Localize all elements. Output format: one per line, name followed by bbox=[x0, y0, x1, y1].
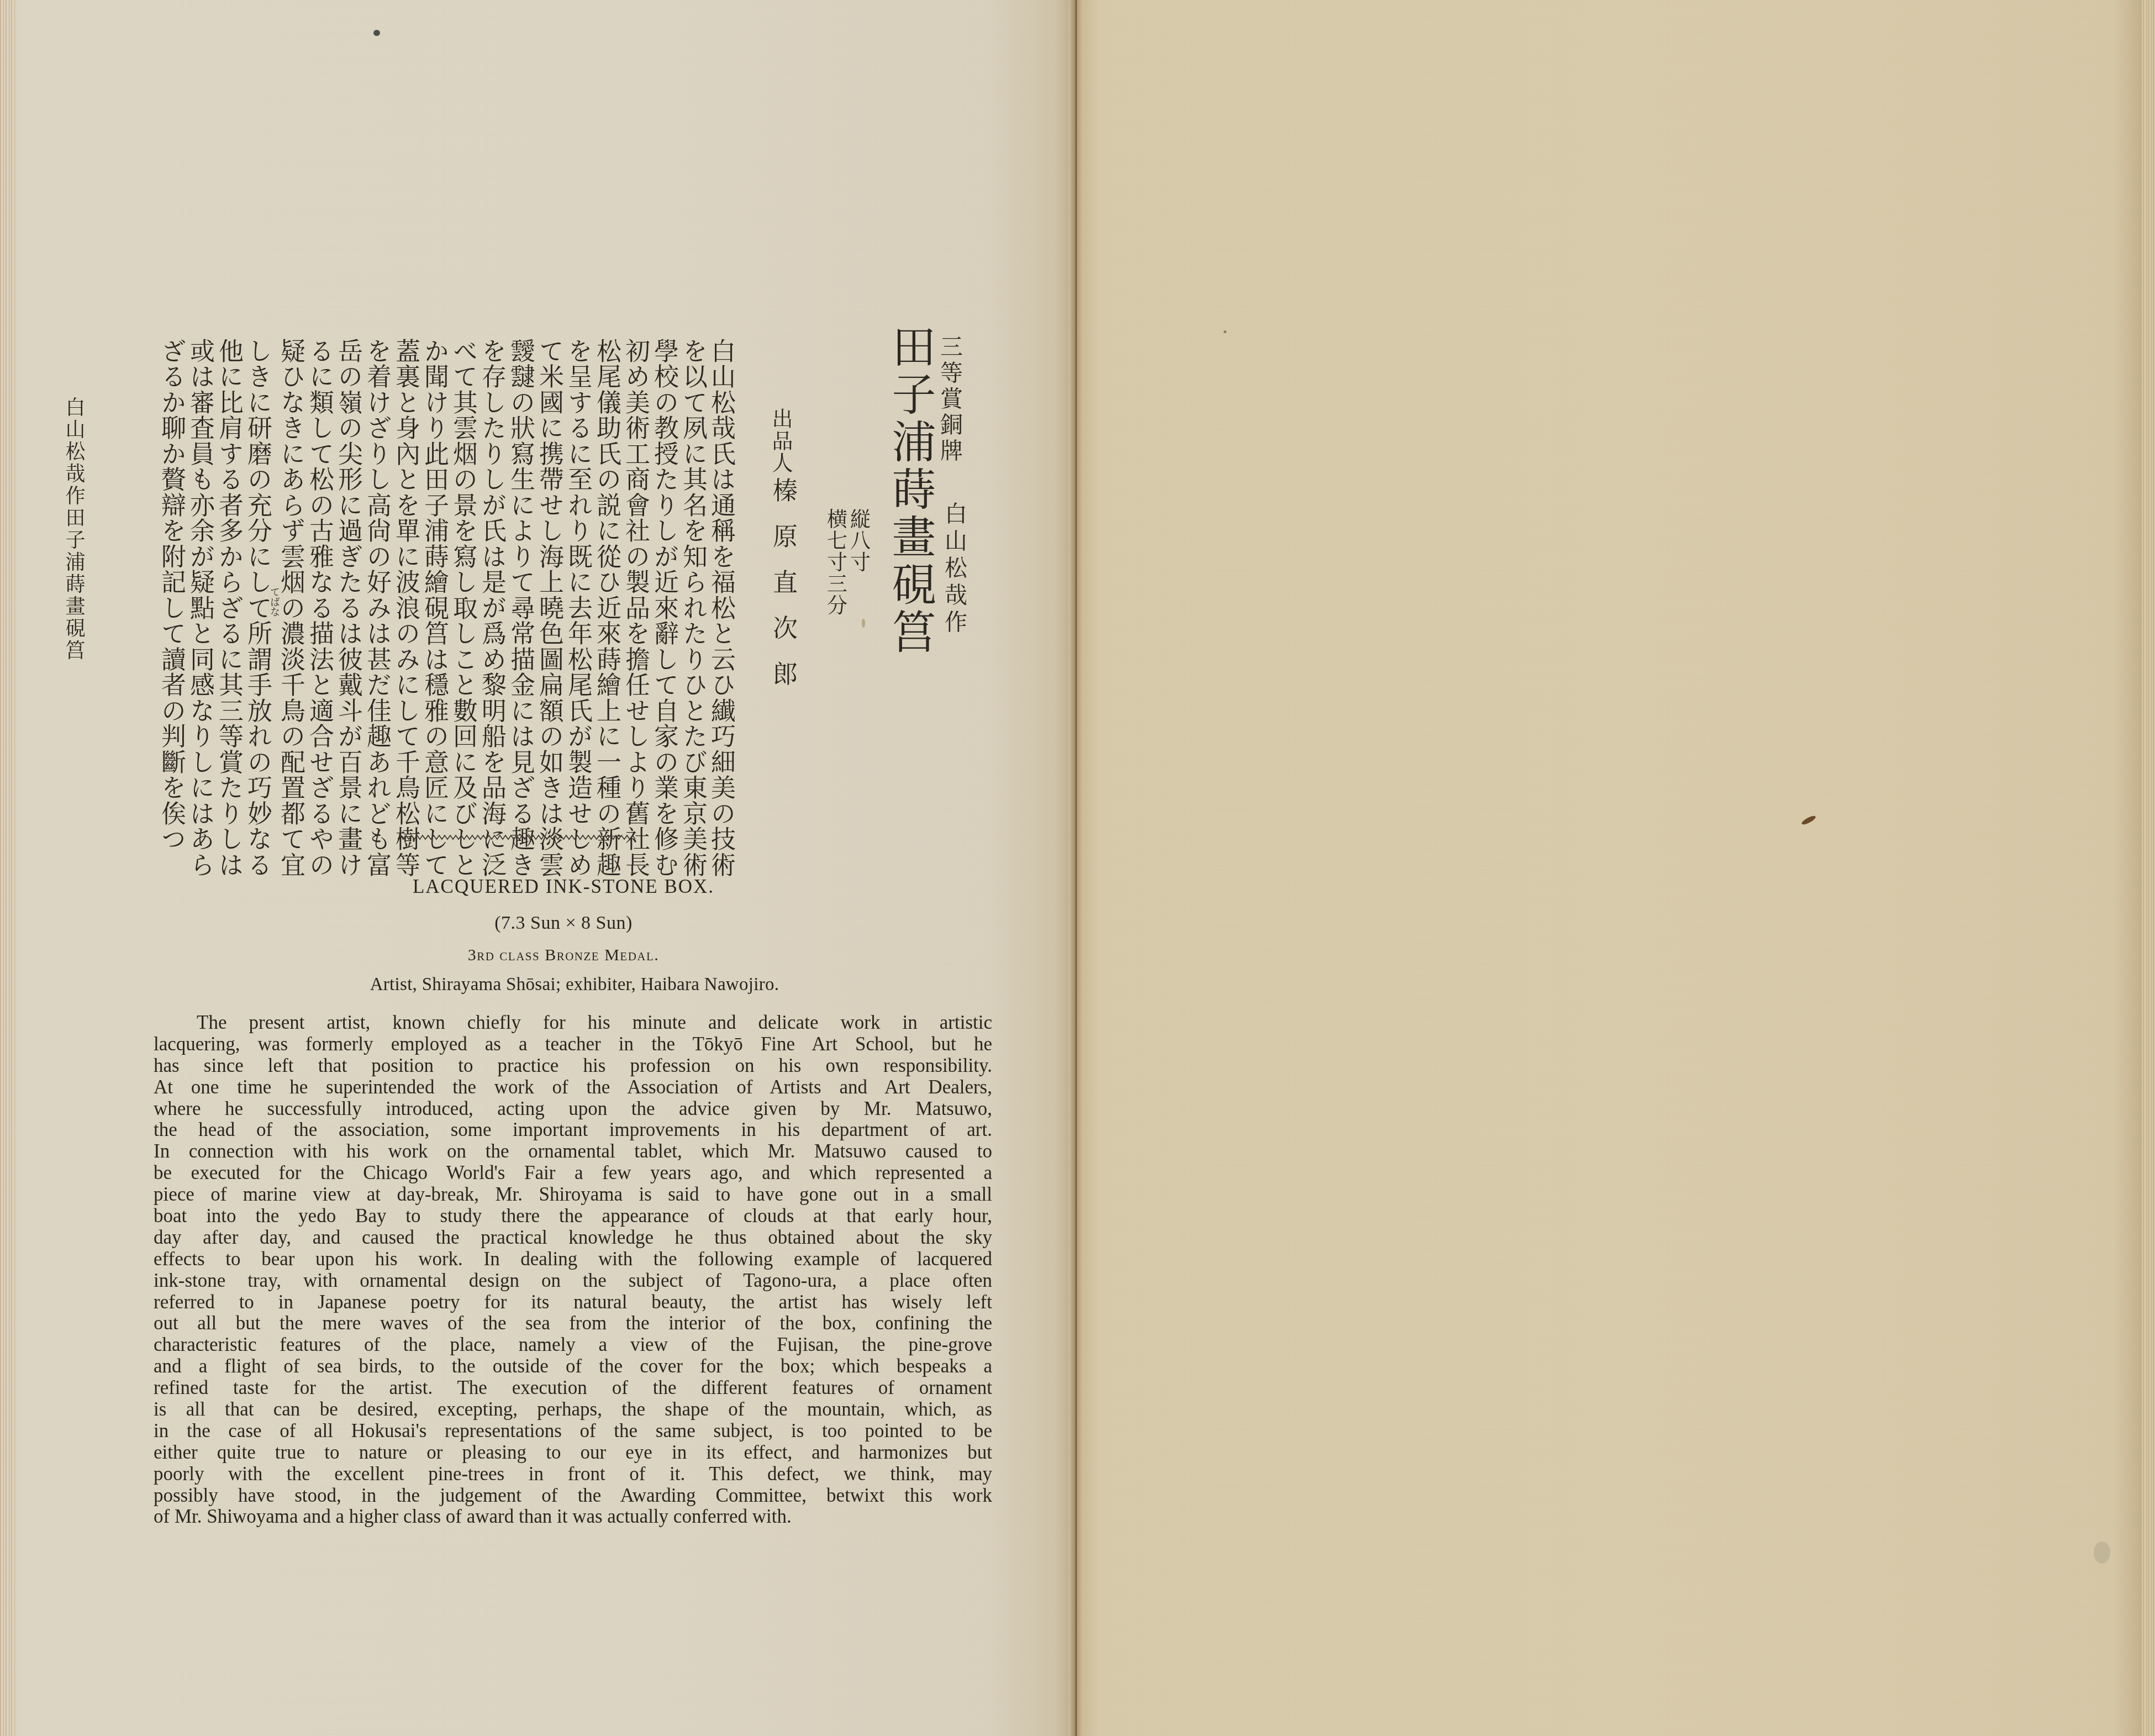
body-line: possibly have stood, in the judgement of… bbox=[154, 1485, 992, 1507]
body-line: lacquering, was formerly employed as a t… bbox=[154, 1034, 992, 1055]
jp-body-column: を存したりしが氏は是が爲め黎明船を品海に泛 bbox=[480, 338, 504, 878]
body-line: boat into the yedo Bay to study there th… bbox=[154, 1206, 992, 1227]
jp-body-column: 岳の嶺の尖形に過ぎたるは彼戴斗が百景に畫け bbox=[336, 338, 361, 878]
body-line: be executed for the Chicago World's Fair… bbox=[154, 1162, 992, 1184]
jp-body-column: て米國に携帶せし海上曉色圖扁額の如きは淡雲 bbox=[537, 338, 562, 878]
left-page: 白山松哉作田子浦蒔畫硯筥 三等賞銅牌 白山松哉作 田子浦蒔畫硯筥 縦八寸 横七寸… bbox=[0, 0, 1076, 1736]
dimension-horizontal: 横七寸三分 bbox=[823, 508, 847, 616]
paper-speck bbox=[1224, 330, 1226, 333]
right-page-blank bbox=[1083, 0, 2155, 1736]
body-line: day after day, and caused the practical … bbox=[154, 1227, 992, 1249]
paper-speck bbox=[373, 30, 380, 36]
body-line: is all that can be desired, excepting, p… bbox=[154, 1399, 992, 1421]
maker-name: 白山松哉作 bbox=[938, 502, 971, 637]
paper-speck bbox=[862, 619, 865, 628]
body-line: the head of the association, some import… bbox=[154, 1119, 992, 1141]
body-line: in the case of all Hokusai's representat… bbox=[154, 1421, 992, 1442]
running-head: 白山松哉作田子浦蒔畫硯筥 bbox=[60, 397, 88, 662]
dimension-vertical: 縦八寸 bbox=[846, 508, 870, 573]
jp-body-column: を以て夙に其名を知られたりひとたび東京美術 bbox=[681, 338, 705, 878]
body-line: referred to in Japanese poetry for its n… bbox=[154, 1292, 992, 1313]
jp-body-column: 初め美術工商會社の製品を擔任せしより舊社長 bbox=[623, 338, 648, 878]
body-line: and a flight of sea birds, to the outsid… bbox=[154, 1356, 992, 1377]
body-line: The present artist, known chiefly for hi… bbox=[154, 1012, 992, 1034]
body-line: In connection with his work on the ornam… bbox=[154, 1141, 992, 1162]
wavy-separator-rule bbox=[398, 833, 729, 841]
body-line: piece of marine view at day-break, Mr. S… bbox=[154, 1184, 992, 1206]
jp-body-column: を着けざりし高尙の好みは甚だ佳趣あれども富 bbox=[365, 338, 389, 878]
jp-body-column: 靉靆の狀寫生によりて尋常描金には見ざる趣き bbox=[508, 338, 533, 878]
body-line: where he successfully introduced, acting… bbox=[154, 1098, 992, 1120]
japanese-title: 田子浦蒔畫硯筥 bbox=[878, 324, 942, 656]
body-line: poorly with the excellent pine-trees in … bbox=[154, 1464, 992, 1485]
body-line: has since left that position to practice… bbox=[154, 1055, 992, 1077]
jp-body-column: るに類して松の古雅なる描法と適合せざるやの bbox=[307, 338, 332, 878]
paper-stain bbox=[2094, 1542, 2110, 1564]
body-line: effects to bear upon his work. In dealin… bbox=[154, 1249, 992, 1270]
jp-body-column: か聞けり此田子浦蒔繪硯筥は穩雅の意匠にして bbox=[422, 338, 447, 878]
jp-body-column: 蓋裏と身內とを單に波浪のみにして千鳥松樹等 bbox=[393, 338, 418, 878]
jp-body-column: 疑ひなきにあらず雲烟の濃淡千鳥の配置都て宜 bbox=[278, 338, 303, 878]
body-line: ink-stone tray, with ornamental design o… bbox=[154, 1270, 992, 1292]
body-line: either quite true to nature or pleasing … bbox=[154, 1442, 992, 1464]
body-line: refined taste for the artist. The execut… bbox=[154, 1377, 992, 1399]
artist-credits: Artist, Shirayama Shōsai; exhibiter, Hai… bbox=[11, 975, 1138, 995]
exhibitor-name: 榛原直次郎 bbox=[765, 477, 801, 707]
body-line: characteristic features of the place, na… bbox=[154, 1334, 992, 1356]
jp-body-column: しきに研磨の充分にして所謂手放れの巧妙なる bbox=[245, 338, 270, 878]
jp-body-column: 或は審査員も亦余が疑點と同感なりしにはあら bbox=[188, 338, 213, 878]
jp-body-column: べて其雲烟の景を寫し取しこと數回に及びしと bbox=[451, 338, 476, 878]
jp-body-column: 白山松哉氏は通稱を福松と云ひ纎巧細美の技術 bbox=[709, 338, 734, 878]
medal-line: 3rd class Bronze Medal. bbox=[0, 946, 1127, 965]
body-line: out all but the mere waves of the sea fr… bbox=[154, 1313, 992, 1334]
exhibitor-label: 出品人 bbox=[766, 408, 796, 474]
jp-body-column: 松尾儀助氏の説に從ひ近來蒔繪上に一種の新趣 bbox=[594, 338, 619, 878]
body-line: At one time he superintended the work of… bbox=[154, 1077, 992, 1098]
book-gutter bbox=[1068, 0, 1084, 1736]
english-dimensions: (7.3 Sun × 8 Sun) bbox=[0, 913, 1127, 934]
jp-body-column: 他に比肩する者多からざるに其三等賞たりしは bbox=[217, 338, 241, 878]
paper-speck bbox=[1801, 814, 1817, 826]
jp-body-column: ざるか聊か贅辯を附記して讀者の判斷を俟つ bbox=[159, 338, 184, 852]
english-body-paragraph: The present artist, known chiefly for hi… bbox=[154, 1012, 992, 1528]
jp-body-column: を呈するに至れり既に去年松尾氏が製造せしめ bbox=[566, 338, 591, 878]
jp-body-column: 學校の教授たりしが近來辭して自家の業を修む bbox=[652, 338, 677, 878]
body-line: of Mr. Shiwoyama and a higher class of a… bbox=[154, 1506, 992, 1528]
english-title: LACQUERED INK-STONE BOX. bbox=[0, 876, 1127, 898]
